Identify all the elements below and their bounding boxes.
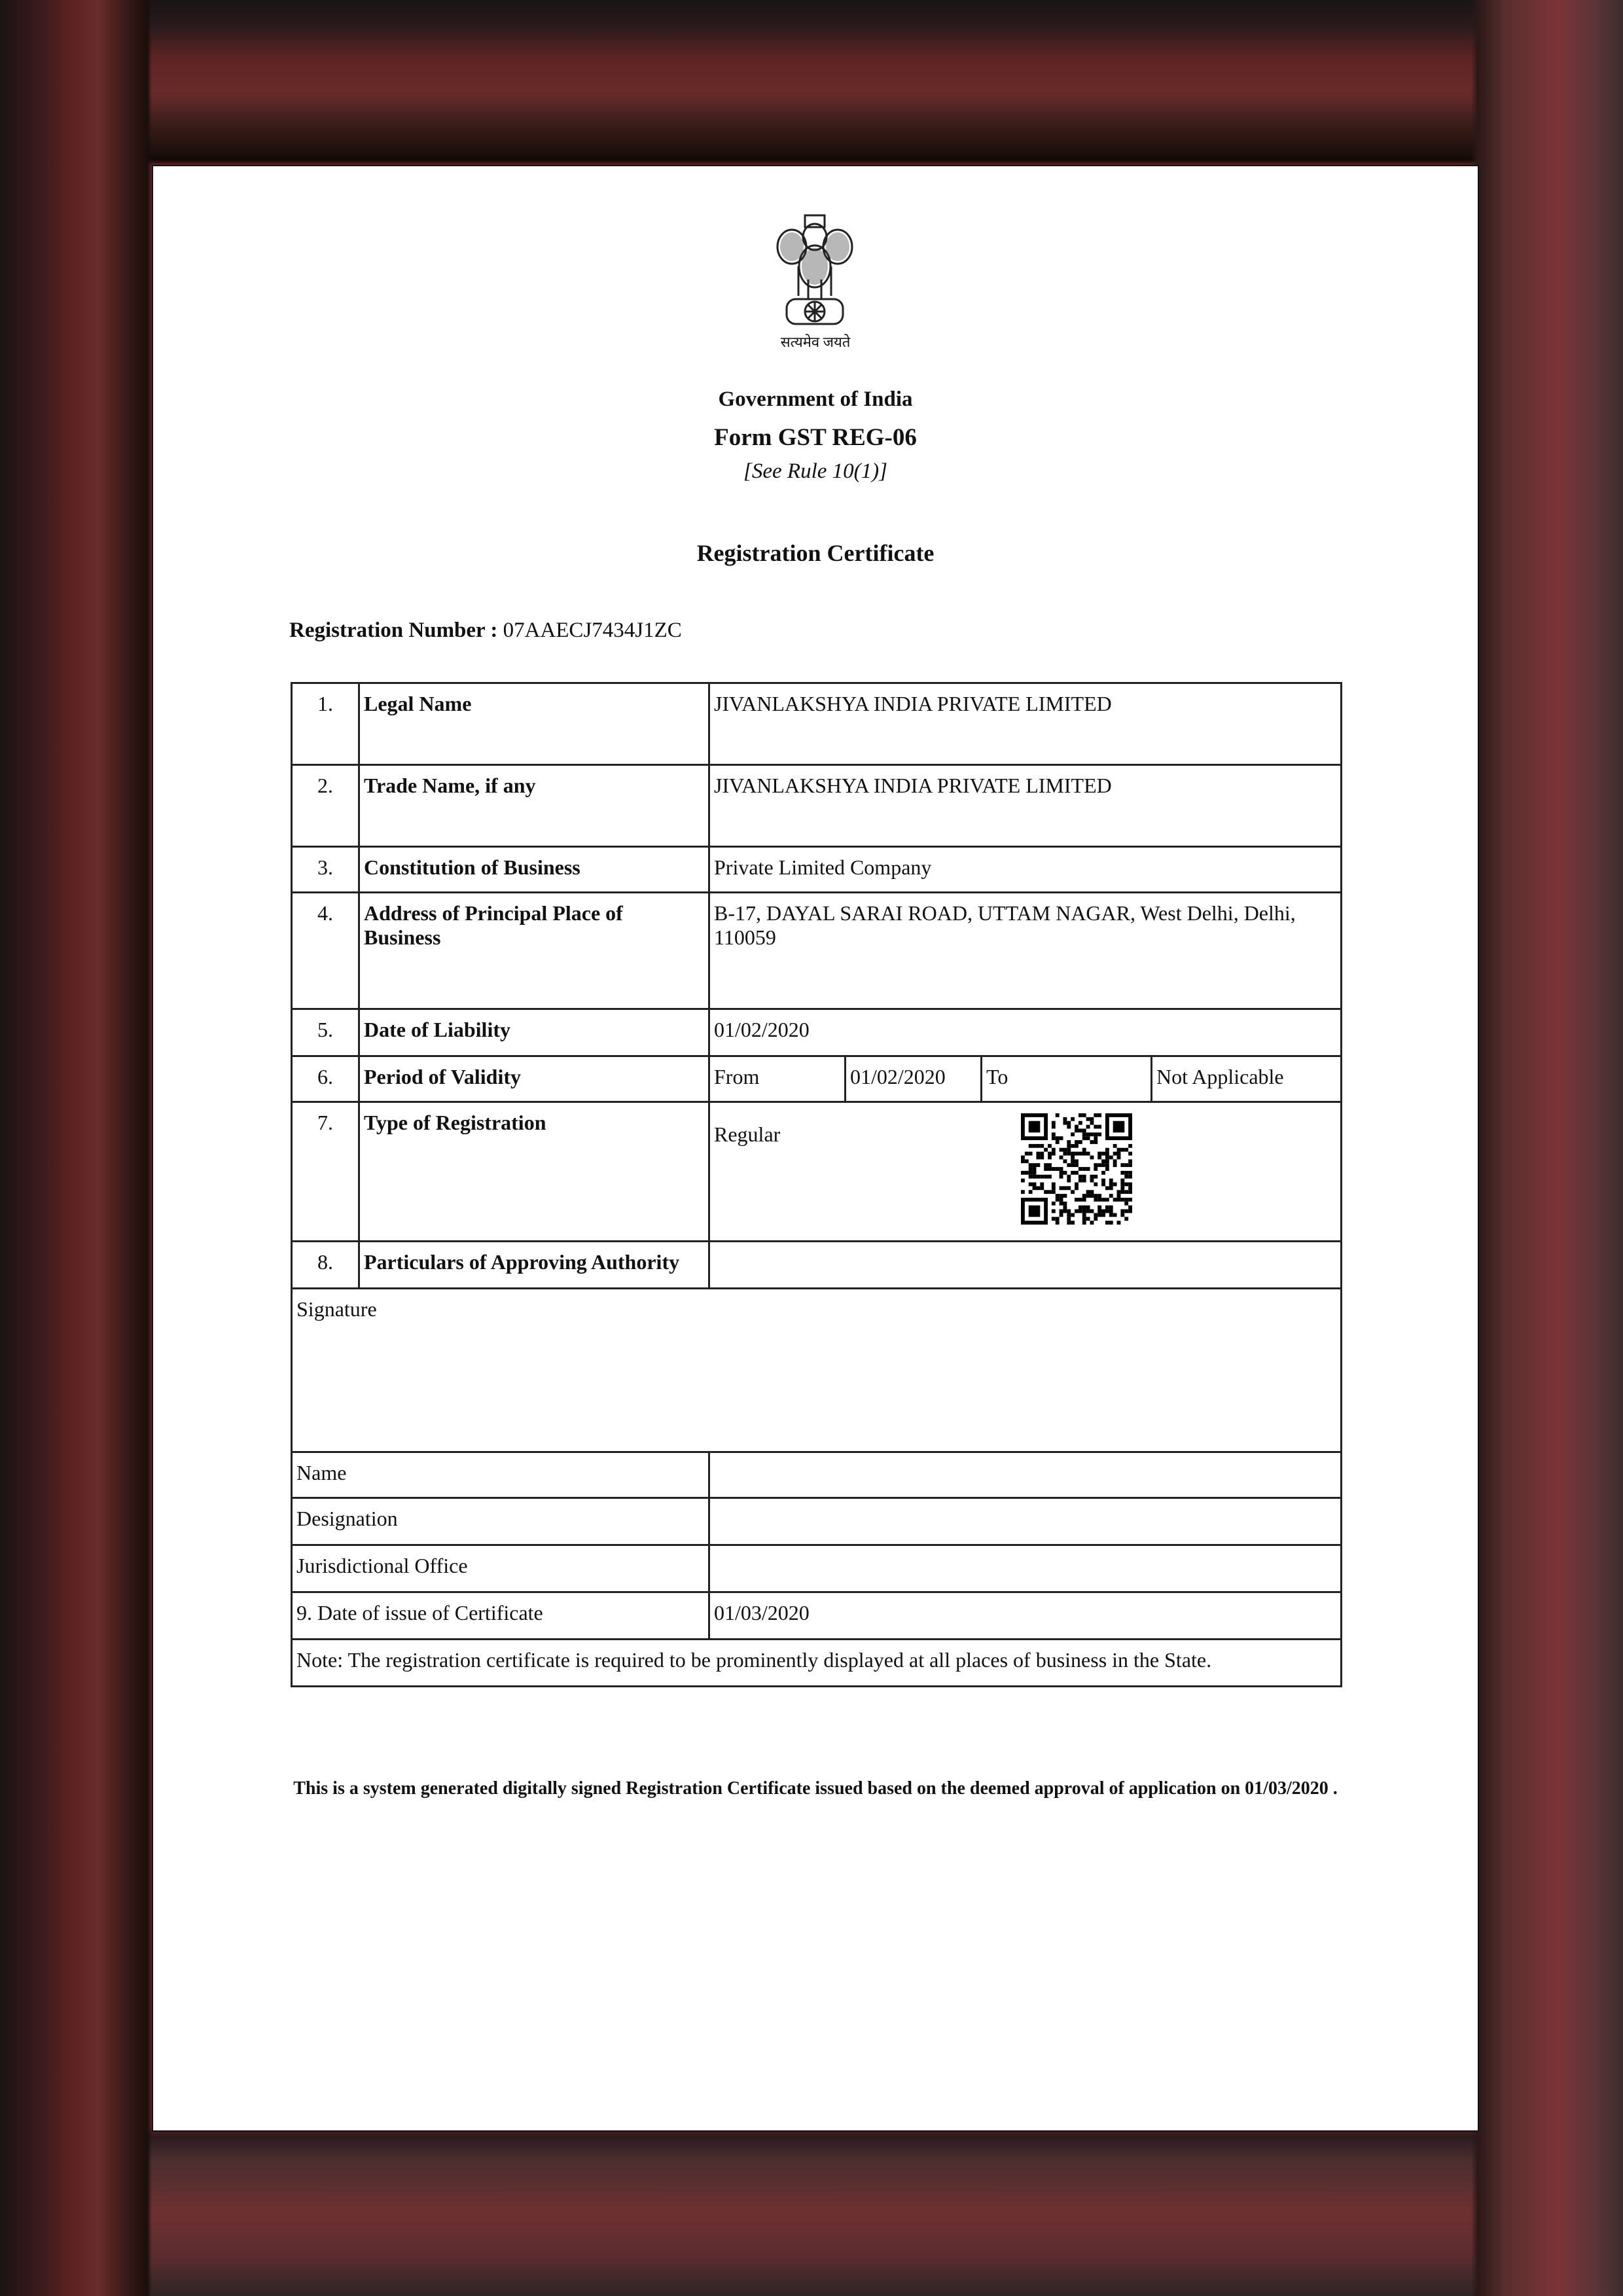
- validity-to-value: Not Applicable: [1152, 1056, 1342, 1102]
- row-number: 6.: [292, 1056, 359, 1102]
- liability-date-label: Date of Liability: [359, 1009, 709, 1056]
- constitution-label: Constitution of Business: [359, 847, 709, 893]
- table-row: 1. Legal Name JIVANLAKSHYA INDIA PRIVATE…: [292, 683, 1342, 765]
- name-label: Name: [292, 1452, 709, 1498]
- designation-value: [709, 1498, 1342, 1545]
- trade-name-value: JIVANLAKSHYA INDIA PRIVATE LIMITED: [709, 765, 1342, 847]
- row-number: 7.: [292, 1102, 359, 1242]
- validity-from-label: From: [709, 1056, 846, 1102]
- validity-from-value: 01/02/2020: [846, 1056, 982, 1102]
- designation-label: Designation: [292, 1498, 709, 1545]
- row-number: 3.: [292, 847, 359, 893]
- table-row: 5. Date of Liability 01/02/2020: [292, 1009, 1342, 1056]
- display-note: Note: The registration certificate is re…: [292, 1640, 1342, 1687]
- address-value: B-17, DAYAL SARAI ROAD, UTTAM NAGAR, Wes…: [709, 893, 1342, 1009]
- government-heading: Government of India: [152, 387, 1479, 412]
- certificate-title: Registration Certificate: [152, 539, 1479, 567]
- form-heading: Form GST REG-06: [152, 423, 1479, 452]
- motto: सत्यमेव जयते: [152, 332, 1479, 351]
- row-number: 8.: [292, 1242, 359, 1289]
- address-label: Address of Principal Place of Business: [359, 893, 709, 1009]
- validity-to-label: To: [982, 1056, 1152, 1102]
- table-row: 2. Trade Name, if any JIVANLAKSHYA INDIA…: [292, 765, 1342, 847]
- issue-date-label: 9. Date of issue of Certificate: [292, 1592, 709, 1640]
- table-row: Name: [292, 1452, 1342, 1498]
- issue-date-value: 01/03/2020: [709, 1592, 1342, 1640]
- table-row: Designation: [292, 1498, 1342, 1545]
- certificate-table: 1. Legal Name JIVANLAKSHYA INDIA PRIVATE…: [291, 682, 1342, 1687]
- approving-authority-value: [709, 1242, 1342, 1289]
- constitution-value: Private Limited Company: [709, 847, 1342, 893]
- table-row: 6. Period of Validity From 01/02/2020 To…: [292, 1056, 1342, 1102]
- qr-code-icon: [1021, 1111, 1132, 1227]
- table-row: 3. Constitution of Business Private Limi…: [292, 847, 1342, 893]
- row-number: 1.: [292, 683, 359, 765]
- table-row: Jurisdictional Office: [292, 1545, 1342, 1592]
- legal-name-value: JIVANLAKSHYA INDIA PRIVATE LIMITED: [709, 683, 1342, 765]
- signature-field: Signature: [292, 1289, 1342, 1452]
- table-row: 9. Date of issue of Certificate 01/03/20…: [292, 1592, 1342, 1640]
- registration-number-value: 07AAECJ7434J1ZC: [503, 619, 682, 642]
- table-row: 8. Particulars of Approving Authority: [292, 1242, 1342, 1289]
- name-value: [709, 1452, 1342, 1498]
- table-row: 7. Type of Registration Regular: [292, 1102, 1342, 1242]
- registration-type-value: Regular: [714, 1122, 780, 1147]
- table-row: Signature: [292, 1289, 1342, 1452]
- row-number: 4.: [292, 893, 359, 1009]
- registration-number: Registration Number : 07AAECJ7434J1ZC: [289, 619, 682, 643]
- certificate-page: सत्यमेव जयते Government of India Form GS…: [152, 165, 1479, 2132]
- national-emblem-icon: [772, 207, 857, 332]
- row-number: 2.: [292, 765, 359, 847]
- table-row: Note: The registration certificate is re…: [292, 1640, 1342, 1687]
- approving-authority-label: Particulars of Approving Authority: [359, 1242, 709, 1289]
- row-number: 5.: [292, 1009, 359, 1056]
- registration-type-label: Type of Registration: [359, 1102, 709, 1242]
- jurisdictional-office-label: Jurisdictional Office: [292, 1545, 709, 1592]
- table-row: 4. Address of Principal Place of Busines…: [292, 893, 1342, 1009]
- registration-type-cell: Regular: [709, 1102, 1342, 1242]
- liability-date-value: 01/02/2020: [709, 1009, 1342, 1056]
- validity-label: Period of Validity: [359, 1056, 709, 1102]
- registration-number-label: Registration Number :: [289, 619, 497, 642]
- trade-name-label: Trade Name, if any: [359, 765, 709, 847]
- rule-reference: [See Rule 10(1)]: [152, 459, 1479, 484]
- legal-name-label: Legal Name: [359, 683, 709, 765]
- jurisdictional-office-value: [709, 1545, 1342, 1592]
- system-generated-note: This is a system generated digitally sig…: [152, 1778, 1479, 1799]
